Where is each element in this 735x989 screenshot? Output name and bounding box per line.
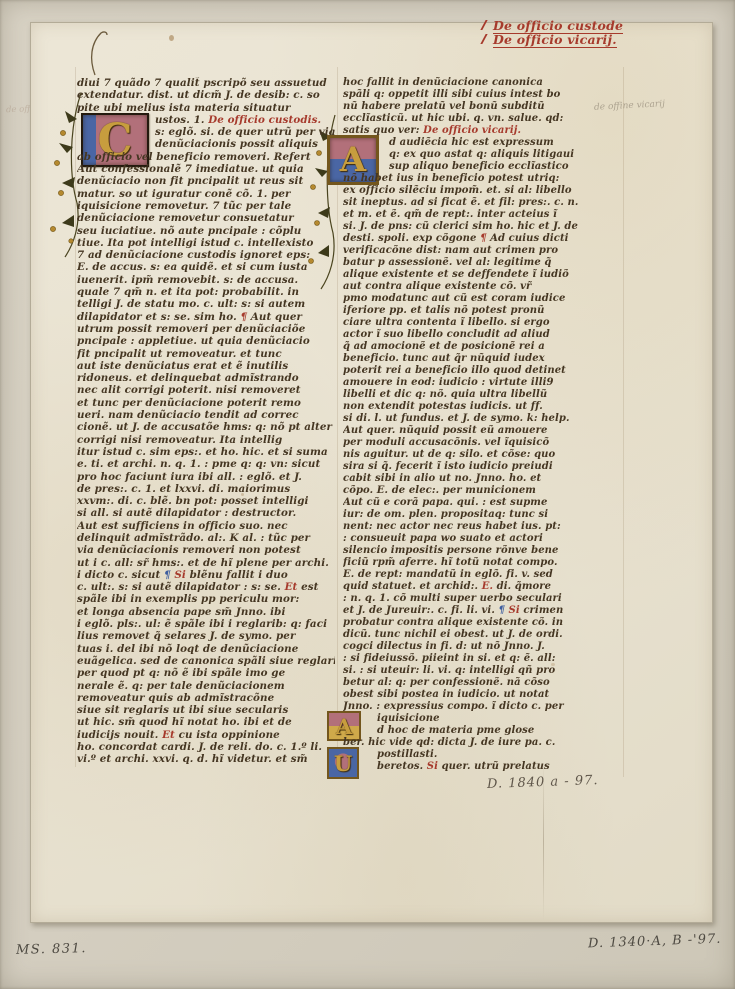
ruling-line: [623, 67, 624, 777]
manuscript-text-line: d hoc de materia pme glose: [343, 725, 621, 737]
manuscript-text-line: et m. et ẽ. qm̃ de rept:. inter acteius …: [343, 209, 621, 221]
manuscript-text-line: pite ubi melius ista materia situatur: [77, 102, 335, 114]
manuscript-text-line: obest sibi postea in iudicio. ut notat: [343, 689, 621, 701]
manuscript-text-line: : si fideiussõ. piieint in si. et q: ẽ. …: [343, 653, 621, 665]
manuscript-text-line: dicũ. tunc nichil ei obest. ut J. de ord…: [343, 629, 621, 641]
manuscript-text-line: tuas i. del ibi nõ loqt de denũciacione: [77, 643, 335, 655]
manuscript-text-line: itur istud c. sim eps:. et ho. hic. et s…: [77, 446, 335, 458]
manuscript-text-line: diui 7 quãdo 7 qualit̃ pscripõ seu assue…: [77, 77, 335, 89]
manuscript-text-line: cogci dilectus in fi. d: ut nõ Jnno. J.: [343, 641, 621, 653]
manuscript-text-line: s: eglõ. si. de quer utrũ per via: [77, 126, 335, 138]
foxing-stain: [169, 35, 174, 41]
manuscript-text-line: utrum possit removeri per denũciaciõe: [77, 323, 335, 335]
manuscript-text-line: per moduli accusacõnis. vel ĩquisicõ: [343, 437, 621, 449]
manuscript-text-line: seu iuciatiue. nõ aute pncipale : cõplu: [77, 225, 335, 237]
manuscript-text-line: lius removet q̃ selares J. de symo. per: [77, 630, 335, 642]
manuscript-text-line: euãgelica. sed de canonica spãli siue re…: [77, 655, 335, 667]
manuscript-text-line: Aut cũ e corã papa. qui. : est supme: [343, 497, 621, 509]
manuscript-text-line: cõpo. E. de elec:. per municionem: [343, 485, 621, 497]
manuscript-text-line: dilapidator et s: se. sim ho. ¶ Aut quer: [77, 311, 335, 323]
manuscript-text-line: quid statuet. et archid:. E. di. q̃more: [343, 581, 621, 593]
manuscript-text-line: postillasti.: [343, 749, 621, 761]
manuscript-text-line: 7 ad denũciacione custodis ignoret eps:: [77, 249, 335, 261]
manuscript-text-line: : n. q. 1. cõ multi super uerbo seculari: [343, 593, 621, 605]
manuscript-text-line: denũciacionis possit aliquis: [77, 138, 335, 150]
manuscript-text-line: de pres:. c. 1. et lxxvi. di. maiorimus: [77, 483, 335, 495]
manuscript-text-line: sit ineptus. ad si ficat ẽ. et fil: pres…: [343, 197, 621, 209]
pen-flourish-icon: [87, 29, 111, 77]
manuscript-text-line: ab officio vel beneficio removeri. Refer…: [77, 151, 335, 163]
manuscript-text-line: poterit rei a beneficio illo quod detine…: [343, 365, 621, 377]
manuscript-text-line: Aut est sufficiens in officio suo. nec: [77, 520, 335, 532]
manuscript-text-line: ustos. 1. De officio custodis.: [77, 114, 335, 126]
rubric-running-header: De officio custode De officio vicarij.: [483, 19, 623, 47]
manuscript-text-line: aut iste denũciatus erat et ẽ inutilis: [77, 360, 335, 372]
manuscript-text-line: beneficio. tunc aut q̃r nũquid iudex: [343, 353, 621, 365]
manuscript-text-line: vi.º et archi. xxvi. q. d. hĩ videtur. e…: [77, 753, 335, 765]
manuscript-text-line: via denũciacionis removeri non potest: [77, 544, 335, 556]
manuscript-text-line: et J. de Jureuir:. c. fi. li. vi. ¶ Si c…: [343, 605, 621, 617]
manuscript-text-line: beretos. Si quer. utrũ prelatus: [343, 761, 621, 773]
manuscript-text-line: corrigi nisi removeatur. Ita intellig: [77, 434, 335, 446]
museum-number-right: D. 1340·A, B -'97.: [588, 932, 722, 952]
manuscript-text-line: denũciacio non fit pncipalit ut reus sit: [77, 175, 335, 187]
manuscript-text-line: probatur contra alique existente cõ. in: [343, 617, 621, 629]
manuscript-text-line: nũ habere prelatũ vel bonũ subditũ: [343, 101, 621, 113]
manuscript-text-line: ut i c. all: sr̃ hms:. et de hĩ plene pe…: [77, 557, 335, 569]
manuscript-text-line: xxvm:. di. c. blẽ. bn pot: posset intell…: [77, 495, 335, 507]
manuscript-text-line: iquisicione: [343, 713, 621, 725]
manuscript-text-line: et longa absencia pape sm̃ Jnno. ibi: [77, 606, 335, 618]
manuscript-text-line: sira si q̃. fecerit ĩ isto iudicio preiu…: [343, 461, 621, 473]
manuscript-text-line: delinquit admĩstrãdo. al:. K al. : tũc p…: [77, 532, 335, 544]
manuscript-text-line: cabit sibi in alio ut no. Jnno. ho. et: [343, 473, 621, 485]
manuscript-text-line: iferiore pp. et talis nõ potest pronũ: [343, 305, 621, 317]
manuscript-text-line: Aut quer. nũquid possit eũ amouere: [343, 425, 621, 437]
manuscript-text-line: q: ex quo astat q: aliquis litigaui: [343, 149, 621, 161]
manuscript-text-line: c. ult:. s: si autẽ dilapidator : s: se.…: [77, 581, 335, 593]
manuscript-text-line: spãle ibi in exemplis pp periculu mor:: [77, 593, 335, 605]
manuscript-text-line: aut contra alique existente cõ. vr̃: [343, 281, 621, 293]
manuscript-text-line: amouere in eod: iudicio : virtute illi9: [343, 377, 621, 389]
manuscript-text-line: pmo modatunc aut cũ est coram iudice: [343, 293, 621, 305]
manuscript-text-line: d audiẽcia hic est expressum: [343, 137, 621, 149]
manuscript-text-line: non extendit potestas iudicis. ut ff.: [343, 401, 621, 413]
manuscript-text-line: Jnno. : expressius compo. ĩ dicto c. per: [343, 701, 621, 713]
manuscript-text-line: tiue. Ita pot intelligi istud c. intelle…: [77, 237, 335, 249]
manuscript-text-line: ex officio silẽciu impom̃. et. si al: li…: [343, 185, 621, 197]
manuscript-text-line: nis aguitur. ut de q: silo. et cõse: quo: [343, 449, 621, 461]
manuscript-text-line: telligi J. de statu mo. c. ult: s: si au…: [77, 298, 335, 310]
manuscript-text-line: siue sit reglaris ut ibi siue secularis: [77, 704, 335, 716]
manuscript-text-line: pro hoc faciunt iura ibi all. : eglõ. et…: [77, 471, 335, 483]
manuscript-text-line: denũciacione removetur consuetatur: [77, 212, 335, 224]
manuscript-text-line: si. : si uteuir: li. vi. q: intelligi qñ…: [343, 665, 621, 677]
museum-number-left: MS. 831.: [16, 941, 87, 958]
manuscript-text-line: i eglõ. pls:. ul: ẽ spãle ibi i reglarib…: [77, 618, 335, 630]
text-column-right: hoc fallit in denũciacione canonicaspãli…: [343, 77, 621, 773]
manuscript-text-line: quale 7 qm̃ n. et ita pot: probabilit. i…: [77, 286, 335, 298]
manuscript-text-line: i dicto c. sicut ¶ Si blẽnu fallit i duo: [77, 569, 335, 581]
paraph-mark-icon: [480, 34, 492, 44]
manuscript-text-line: ecclĩasticũ. ut hic ubi. q. vn. salue. q…: [343, 113, 621, 125]
manuscript-text-line: q̃ ad amocionẽ et de posicionẽ rei a: [343, 341, 621, 353]
paraph-mark-icon: [480, 20, 492, 30]
manuscript-text-line: iquisicione removetur. 7 tũc per tale: [77, 200, 335, 212]
manuscript-text-line: matur. so ut iguratur conẽ cõ. 1. per: [77, 188, 335, 200]
manuscript-text-line: silencio impositis persone rõnve bene: [343, 545, 621, 557]
manuscript-leaf: De officio custode De officio vicarij.: [30, 22, 713, 923]
manuscript-photo: de offiao custod De officio custode De o…: [0, 0, 735, 989]
manuscript-text-line: si all. si autẽ dilapidator : destructor…: [77, 507, 335, 519]
manuscript-text-line: fit pncipalit ut removeatur. et tunc: [77, 348, 335, 360]
manuscript-text-line: cionẽ. ut J. de accusatõe hms: q: nõ pt …: [77, 421, 335, 433]
manuscript-text-line: ueri. nam denũciacio tendit ad correc: [77, 409, 335, 421]
manuscript-text-line: Aut confessionalẽ 7 imediatue. ut quia: [77, 163, 335, 175]
manuscript-text-line: betur al: q: per confessionẽ. nã cõso: [343, 677, 621, 689]
manuscript-text-line: removeatur quis ab admĩstracõne: [77, 692, 335, 704]
manuscript-text-line: : consueuit papa wo suato et actori: [343, 533, 621, 545]
manuscript-text-line: e. ti. et archi. n. q. 1. : pme q: q: vn…: [77, 458, 335, 470]
manuscript-text-line: ficiũ rpm̃ aferre. hĩ totũ notat compo.: [343, 557, 621, 569]
manuscript-text-line: alique existente et se deffendete ĩ iudi…: [343, 269, 621, 281]
manuscript-text-line: batur p assessionẽ. vel al: legitime q̃: [343, 257, 621, 269]
manuscript-text-line: spãli q: oppetit illi sibi cuius intest …: [343, 89, 621, 101]
manuscript-text-line: iudicijs nouit. Et cu ista oppinione: [77, 729, 335, 741]
text-column-left: diui 7 quãdo 7 qualit̃ pscripõ seu assue…: [77, 77, 335, 766]
manuscript-text-line: pncipale : appletiue. ut quia denũciacio: [77, 335, 335, 347]
manuscript-text-line: iur: de om. plen. propositaq: tunc si: [343, 509, 621, 521]
manuscript-text-line: nec alit corrigi poterit. nisi removeret: [77, 384, 335, 396]
manuscript-text-line: ridoneus. et delinquebat admĩstrando: [77, 372, 335, 384]
manuscript-text-line: ut hic. sm̃ quod hĩ notat ho. ibi et de: [77, 716, 335, 728]
manuscript-text-line: si. J. de pns: cũ clerici sim ho. hic et…: [343, 221, 621, 233]
manuscript-text-line: et tunc per denũciacione poterit remo: [77, 397, 335, 409]
manuscript-text-line: ciare ultra contenta ĩ libello. si ergo: [343, 317, 621, 329]
manuscript-text-line: nerale ẽ. q: per tale denũciacionem: [77, 680, 335, 692]
manuscript-text-line: ho. concordat cardi. J. de reli. do. c. …: [77, 741, 335, 753]
manuscript-text-line: libelli et dic q: nõ. quia ultra libellũ: [343, 389, 621, 401]
manuscript-text-line: E. de rept: mandatũ in eglõ. fi. v. sed: [343, 569, 621, 581]
manuscript-text-line: sup aliquo beneficio ecclĩastico: [343, 161, 621, 173]
manuscript-text-line: hoc fallit in denũciacione canonica: [343, 77, 621, 89]
manuscript-text-line: desti. spoli. exp cõgone ¶ Ad cuius dict…: [343, 233, 621, 245]
manuscript-text-line: verificacõne dist: nam aut crimen pro: [343, 245, 621, 257]
manuscript-text-line: si di. l. ut fundus. et J. de symo. k: h…: [343, 413, 621, 425]
manuscript-text-line: iuenerit. ipm̃ removebit. s: de accusa.: [77, 274, 335, 286]
manuscript-text-line: extendatur. dist. ut dicm̃ J. de desib: …: [77, 89, 335, 101]
manuscript-text-line: nõ habet ius in beneficio potest utriq:: [343, 173, 621, 185]
manuscript-text-line: E. de accus. s: ea quidẽ. et si cum iust…: [77, 261, 335, 273]
manuscript-text-line: per quod pt q: nõ ẽ ibi spãle imo ge: [77, 667, 335, 679]
running-header-line2: De officio vicarij.: [493, 32, 617, 48]
manuscript-text-line: actor ĩ suo libello concludit ad aliud: [343, 329, 621, 341]
leaf-number-inscription: D. 1840 a - 97.: [487, 773, 599, 792]
manuscript-text-line: ber. hic vide qd: dicta J. de iure pa. c…: [343, 737, 621, 749]
manuscript-text-line: nent: nec actor nec reus habet ius. pt:: [343, 521, 621, 533]
manuscript-text-line: satis quo ver: De officio vicarij.: [343, 125, 621, 137]
